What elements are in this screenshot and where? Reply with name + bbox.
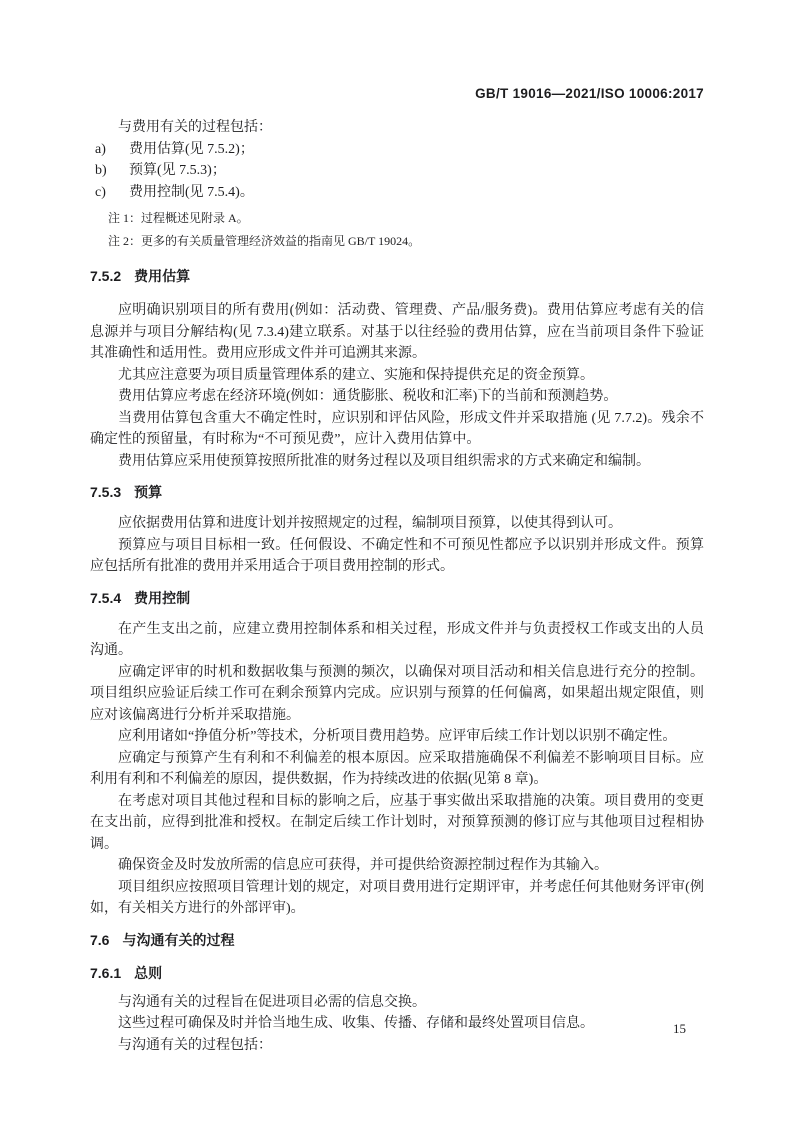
- list-item: c) 费用控制(见 7.5.4)。: [90, 182, 704, 204]
- paragraph: 与沟通有关的过程包括：: [90, 1035, 704, 1057]
- notes-block: 注 1：过程概述见附录 A。 注 2：更多的有关质量管理经济效益的指南见 GB/…: [90, 207, 704, 253]
- intro-lead: 与费用有关的过程包括：: [90, 117, 704, 139]
- paragraph: 在产生支出之前，应建立费用控制体系和相关过程，形成文件并与负责授权工作或支出的人…: [90, 619, 704, 662]
- section-title: 费用估算: [134, 268, 190, 284]
- section-number: 7.5.4: [90, 588, 121, 608]
- section-heading-7-6: 7.6与沟通有关的过程: [90, 930, 704, 950]
- list-item-label: a): [90, 139, 129, 161]
- section-number: 7.6: [90, 930, 109, 950]
- paragraph: 应确定评审的时机和数据收集与预测的频次，以确保对项目活动和相关信息进行充分的控制…: [90, 662, 704, 727]
- paragraph: 应利用诸如“挣值分析”等技术，分析项目费用趋势。应评审后续工作计划以识别不确定性…: [90, 726, 704, 748]
- paragraph: 确保资金及时发放所需的信息应可获得，并可提供给资源控制过程作为其输入。: [90, 855, 704, 877]
- list-item-text: 费用控制(见 7.5.4)。: [129, 182, 704, 204]
- section-title: 预算: [134, 484, 162, 500]
- section-heading-7-5-2: 7.5.2费用估算: [90, 266, 704, 286]
- section-number: 7.5.3: [90, 482, 121, 502]
- section-heading-7-6-1: 7.6.1总则: [90, 963, 704, 983]
- paragraph: 项目组织应按照项目管理计划的规定，对项目费用进行定期评审，并考虑任何其他财务评审…: [90, 877, 704, 920]
- paragraph: 预算应与项目目标相一致。任何假设、不确定性和不可预见性都应予以识别并形成文件。预…: [90, 535, 704, 578]
- section-number: 7.6.1: [90, 963, 121, 983]
- paragraph: 应确定与预算产生有利和不利偏差的根本原因。应采取措施确保不利偏差不影响项目目标。…: [90, 748, 704, 791]
- list-item: a) 费用估算(见 7.5.2)；: [90, 139, 704, 161]
- list-item-label: c): [90, 182, 129, 204]
- paragraph: 费用估算应考虑在经济环境(例如：通货膨胀、税收和汇率)下的当前和预测趋势。: [90, 386, 704, 408]
- list-item-text: 费用估算(见 7.5.2)；: [129, 139, 704, 161]
- list-item: b) 预算(见 7.5.3)；: [90, 160, 704, 182]
- paragraph: 应明确识别项目的所有费用(例如：活动费、管理费、产品/服务费)。费用估算应考虑有…: [90, 300, 704, 365]
- section-title: 与沟通有关的过程: [122, 932, 234, 948]
- section-heading-7-5-3: 7.5.3预算: [90, 482, 704, 502]
- running-header: GB/T 19016—2021/ISO 10006:2017: [90, 86, 704, 101]
- paragraph: 在考虑对项目其他过程和目标的影响之后，应基于事实做出采取措施的决策。项目费用的变…: [90, 791, 704, 856]
- list-item-label: b): [90, 160, 129, 182]
- page-number: 15: [673, 1021, 686, 1036]
- paragraph: 尤其应注意要为项目质量管理体系的建立、实施和保持提供充足的资金预算。: [90, 365, 704, 387]
- paragraph: 这些过程可确保及时并恰当地生成、收集、传播、存储和最终处置项目信息。: [90, 1013, 704, 1035]
- list-item-text: 预算(见 7.5.3)；: [129, 160, 704, 182]
- section-heading-7-5-4: 7.5.4费用控制: [90, 588, 704, 608]
- paragraph: 费用估算应采用使预算按照所批准的财务过程以及项目组织需求的方式来确定和编制。: [90, 451, 704, 473]
- paragraph: 当费用估算包含重大不确定性时，应识别和评估风险，形成文件并采取措施 (见 7.7…: [90, 408, 704, 451]
- document-page: GB/T 19016—2021/ISO 10006:2017 与费用有关的过程包…: [0, 0, 794, 1123]
- standard-number: GB/T 19016—2021/ISO 10006:2017: [475, 86, 704, 101]
- paragraph: 与沟通有关的过程旨在促进项目必需的信息交换。: [90, 992, 704, 1014]
- page-content: GB/T 19016—2021/ISO 10006:2017 与费用有关的过程包…: [0, 0, 794, 1056]
- note-2: 注 2：更多的有关质量管理经济效益的指南见 GB/T 19024。: [108, 230, 704, 253]
- paragraph: 应依据费用估算和进度计划并按照规定的过程，编制项目预算，以使其得到认可。: [90, 513, 704, 535]
- note-1: 注 1：过程概述见附录 A。: [108, 207, 704, 230]
- section-title: 费用控制: [134, 590, 190, 606]
- section-number: 7.5.2: [90, 266, 121, 286]
- process-list: a) 费用估算(见 7.5.2)； b) 预算(见 7.5.3)； c) 费用控…: [90, 139, 704, 204]
- section-title: 总则: [134, 965, 162, 981]
